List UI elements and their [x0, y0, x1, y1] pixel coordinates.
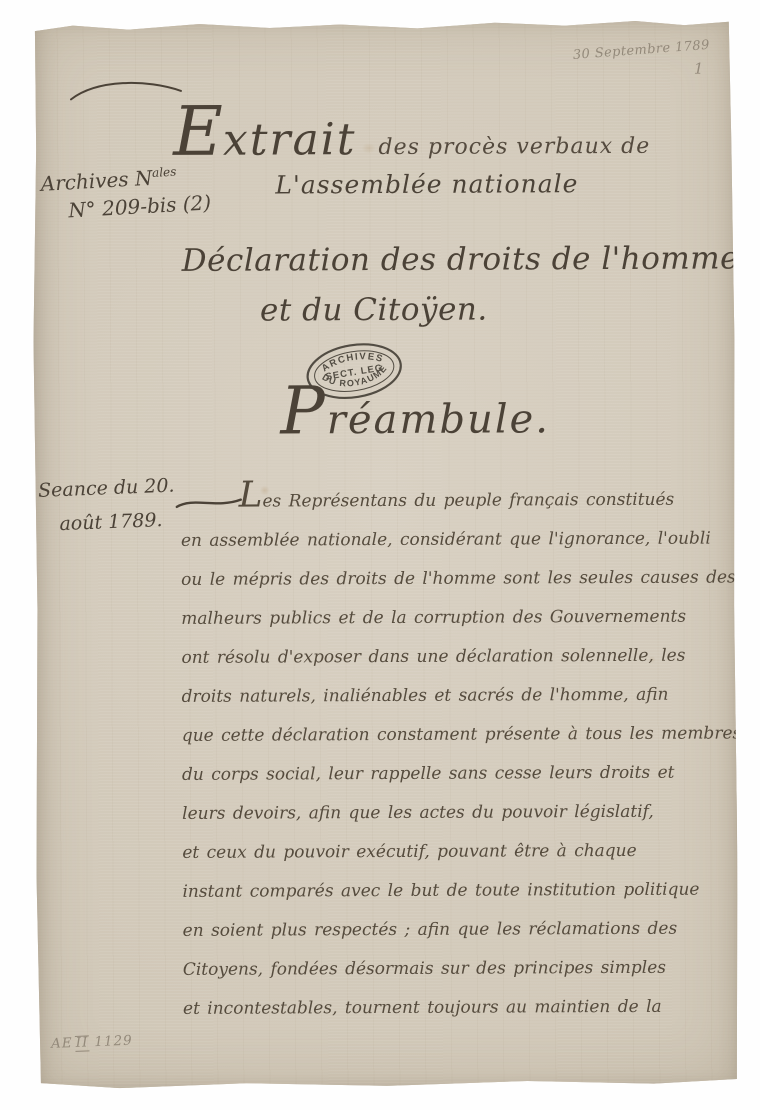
seance-line1: Seance du 20.	[38, 475, 175, 502]
preambule-heading: Préambule.	[280, 371, 550, 449]
pen-flourish-icon	[67, 77, 187, 106]
header-assemblee-line: L'assemblée nationale	[275, 169, 578, 199]
pencil-page-number: 1	[694, 60, 704, 78]
header-extrait-line: Extrait des procès verbaux de	[173, 91, 650, 172]
body-line: leurs devoirs, afin que les actes du pou…	[182, 792, 748, 833]
margin-seance-note: Seance du 20. août 1789.	[38, 475, 176, 536]
body-line: droits naturels, inaliénables et sacrés …	[182, 675, 748, 716]
extrait-subtitle: des procès verbaux de	[378, 134, 650, 160]
body-line: instant comparés avec le but de toute in…	[182, 870, 748, 911]
body-line: ont résolu d'exposer dans une déclaratio…	[181, 636, 747, 677]
body-line: du corps social, leur rappelle sans cess…	[182, 753, 748, 794]
seance-line2: août 1789.	[59, 509, 176, 536]
archives-ref-superscript: ales	[152, 165, 177, 180]
archive-code-roman-numeral: II	[74, 1035, 89, 1051]
preamble-paragraph: Les Représentans du peuple français cons…	[181, 480, 749, 1028]
body-line: et incontestables, tournent toujours au …	[183, 987, 749, 1028]
title-declaration-line2: et du Citoÿen.	[260, 292, 488, 329]
body-line: que cette déclaration constament présent…	[182, 714, 748, 755]
archives-ref-line2: N° 209-bis (2)	[68, 190, 212, 222]
body-line: Les Représentans du peuple français cons…	[181, 480, 747, 521]
body-line: ou le mépris des droits de l'homme sont …	[181, 558, 747, 599]
title-declaration-line1: Déclaration des droits de l'homme	[182, 240, 739, 278]
body-line: en soient plus respectés ; afin que les …	[183, 909, 749, 950]
archive-code-prefix: AE	[51, 1035, 73, 1052]
margin-archives-reference: Archives Nales N° 209-bis (2)	[40, 162, 212, 223]
body-line: en assemblée nationale, considérant que …	[181, 519, 747, 560]
pencil-date-annotation: 30 Septembre 1789	[572, 38, 710, 63]
body-line: et ceux du pouvoir exécutif, pouvant êtr…	[182, 831, 748, 872]
body-line: malheurs publics et de la corruption des…	[181, 597, 747, 638]
pencil-archive-code: AEII1129	[51, 1033, 133, 1053]
body-line: Citoyens, fondées désormais sur des prin…	[183, 948, 749, 989]
extrait-word: Extrait	[173, 92, 357, 172]
manuscript-page: 30 Septembre 1789 1 Extrait des procès v…	[31, 18, 739, 1089]
archive-code-number: 1129	[94, 1033, 133, 1050]
pen-flourish-icon	[175, 495, 245, 511]
